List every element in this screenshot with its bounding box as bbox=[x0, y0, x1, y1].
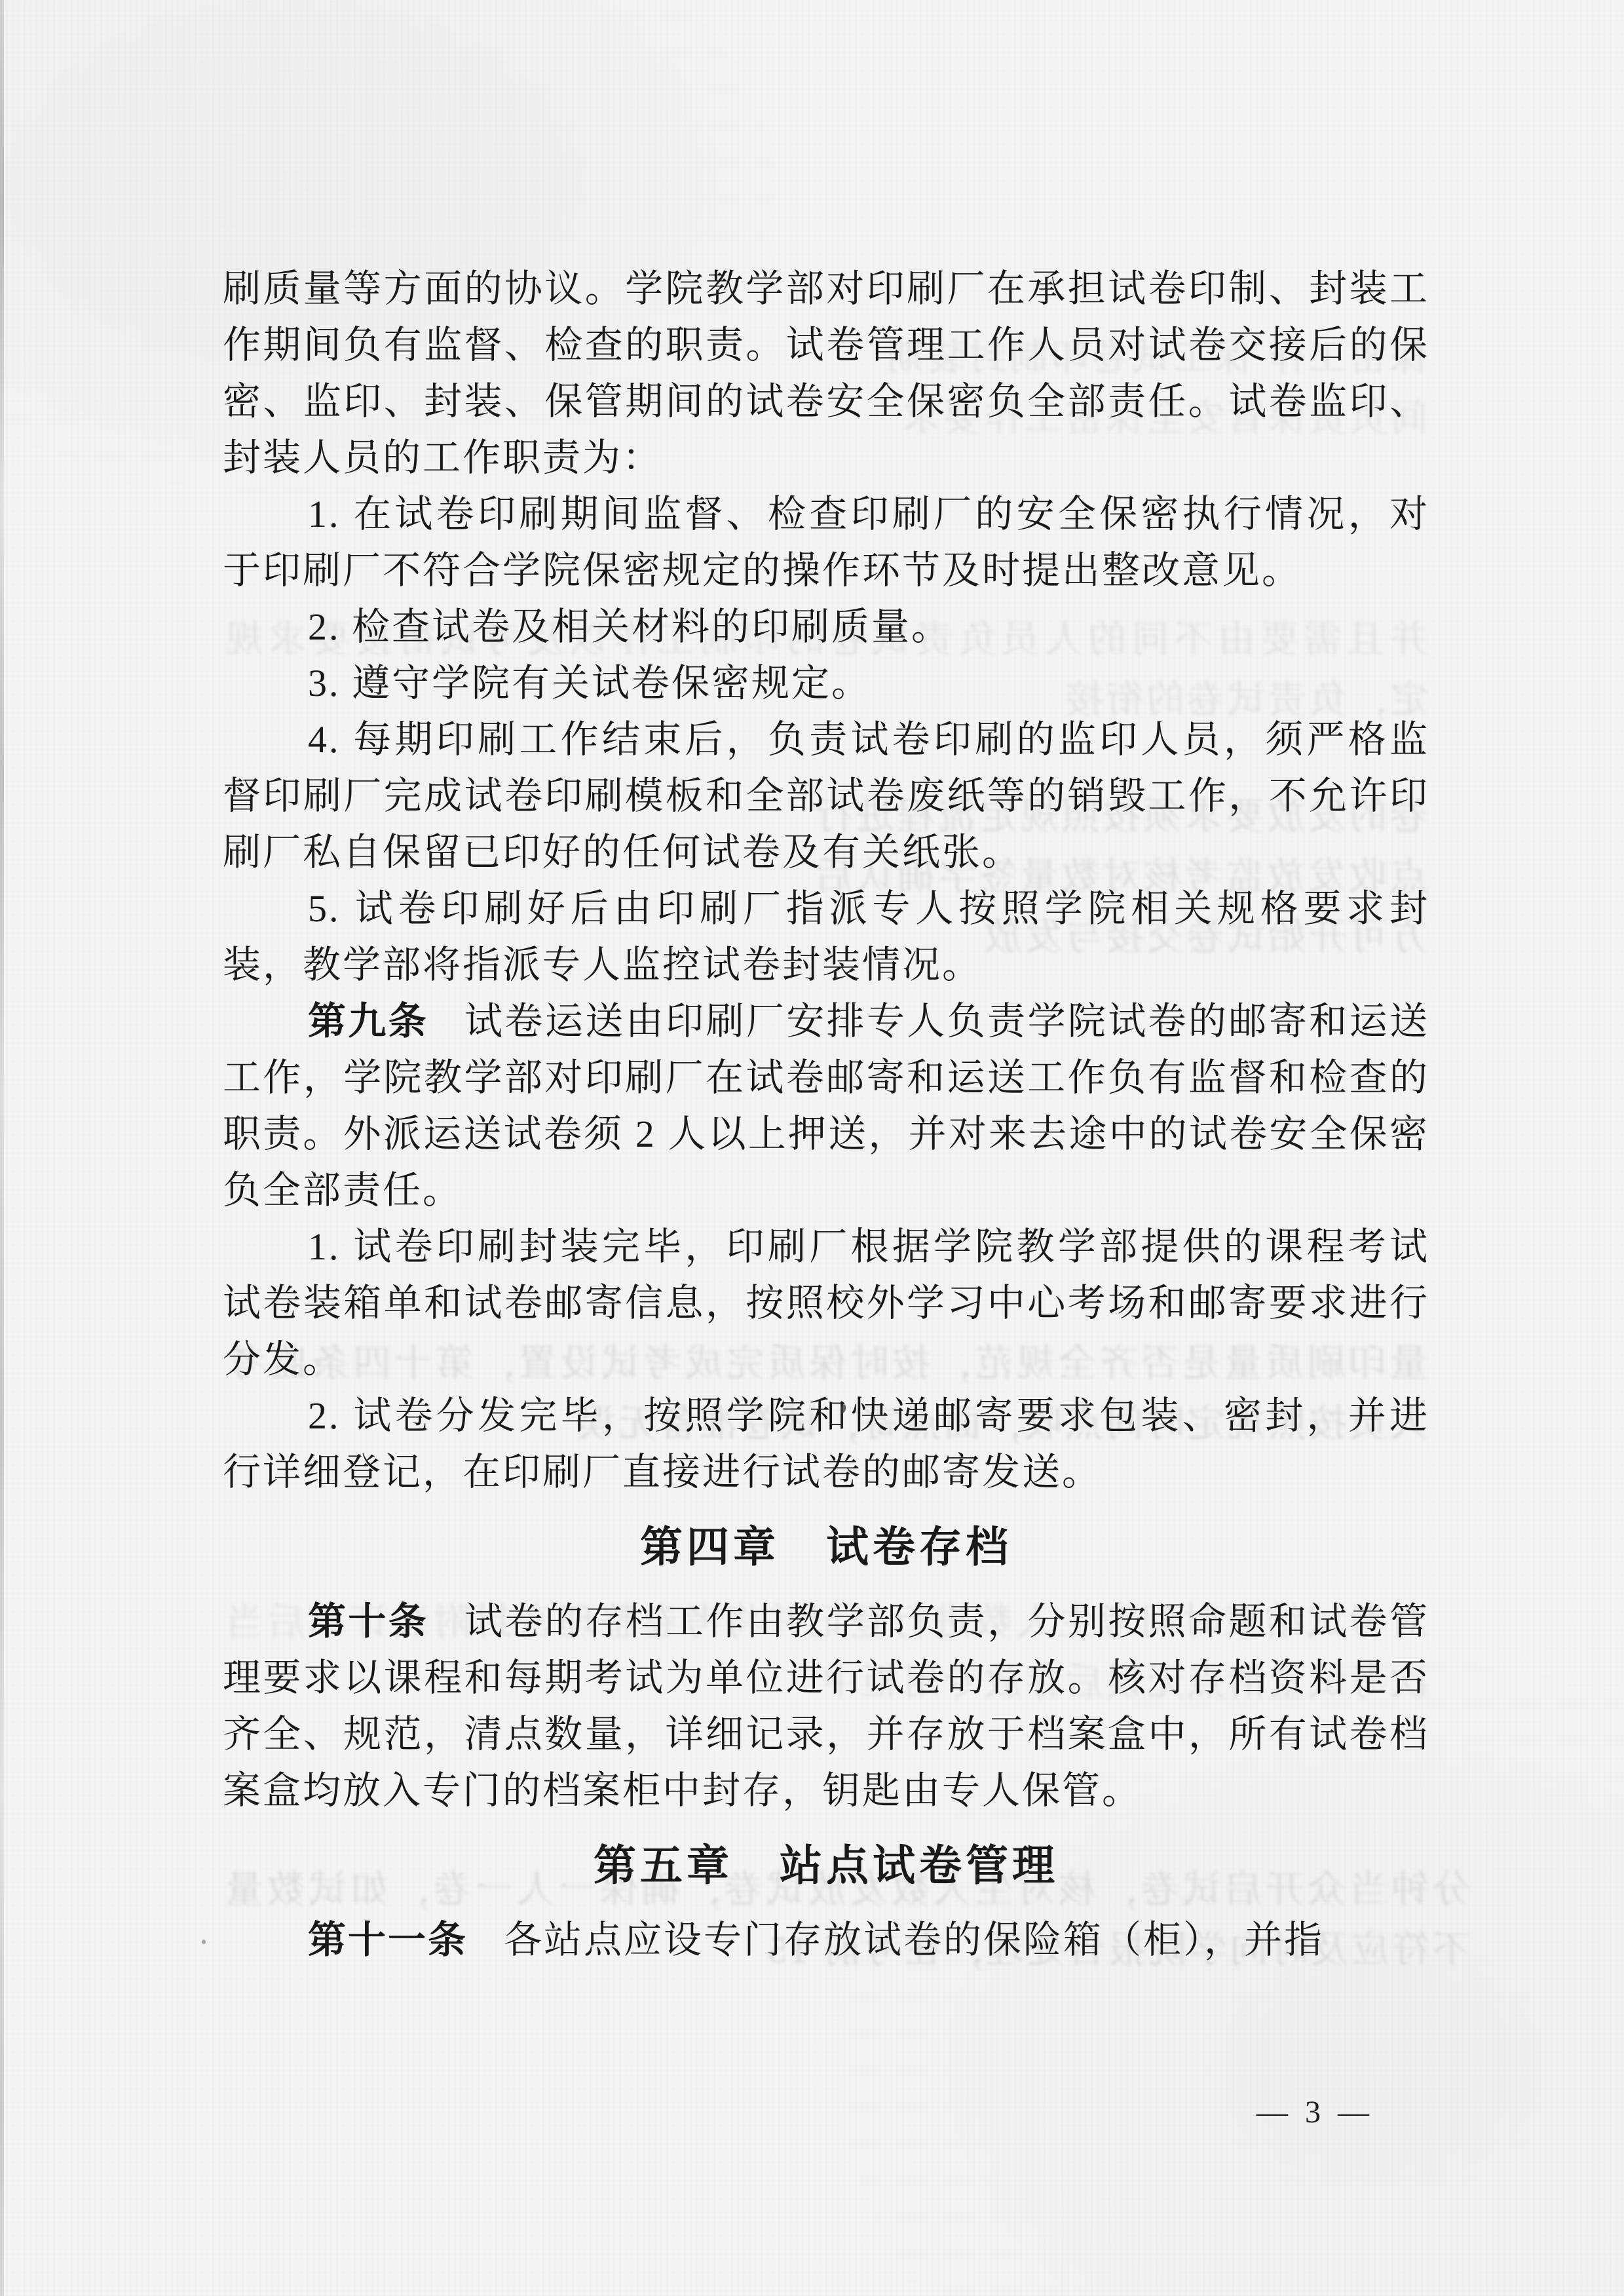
paragraph: 第十一条各站点应设专门存放试卷的保险箱（柜），并指 bbox=[223, 1912, 1429, 1968]
paragraph: 第十条试卷的存档工作由教学部负责，分别按照命题和试卷管理要求以课程和每期考试为单… bbox=[223, 1594, 1429, 1819]
article-number: 第十条 bbox=[308, 1600, 428, 1643]
paragraph: 1. 试卷印刷封装完毕，印刷厂根据学院教学部提供的课程考试试卷装箱单和试卷邮寄信… bbox=[223, 1219, 1429, 1388]
paragraph: 2. 检查试卷及相关材料的印刷质量。 bbox=[223, 599, 1429, 655]
paragraph: 刷质量等方面的协议。学院教学部对印刷厂在承担试卷印制、封装工作期间负有监督、检查… bbox=[223, 261, 1429, 486]
paragraph: 3. 遵守学院有关试卷保密规定。 bbox=[223, 655, 1429, 712]
article-number: 第十一条 bbox=[308, 1919, 468, 1961]
article-text: 各站点应设专门存放试卷的保险箱（柜），并指 bbox=[504, 1919, 1324, 1961]
ink-speck bbox=[202, 1940, 206, 1944]
paragraph: 5. 试卷印刷好后由印刷厂指派专人按照学院相关规格要求封装，教学部将指派专人监控… bbox=[223, 881, 1429, 993]
paragraph: 第九条试卷运送由印刷厂安排专人负责学院试卷的邮寄和运送工作，学院教学部对印刷厂在… bbox=[223, 993, 1429, 1219]
paragraph: 4. 每期印刷工作结束后，负责试卷印刷的监印人员，须严格监督印刷厂完成试卷印刷模… bbox=[223, 712, 1429, 881]
chapter-heading: 第五章 站点试卷管理 bbox=[223, 1837, 1429, 1894]
scanned-document-page: 保密工作 保工试卷印制封装期间负责保管安全保密工作要求 并且需要由不同的人员负责… bbox=[0, 0, 1624, 2296]
page-number: — 3 — bbox=[1256, 2094, 1374, 2130]
chapter-heading: 第四章 试卷存档 bbox=[223, 1519, 1429, 1575]
scan-edge-artifact bbox=[0, 0, 4, 2296]
paragraph: 2. 试卷分发完毕，按照学院和快递邮寄要求包装、密封，并进行详细登记，在印刷厂直… bbox=[223, 1388, 1429, 1501]
paragraph: 1. 在试卷印刷期间监督、检查印刷厂的安全保密执行情况，对于印刷厂不符合学院保密… bbox=[223, 486, 1429, 599]
article-number: 第九条 bbox=[308, 1000, 428, 1043]
document-body: 刷质量等方面的协议。学院教学部对印刷厂在承担试卷印制、封装工作期间负有监督、检查… bbox=[223, 261, 1429, 1968]
